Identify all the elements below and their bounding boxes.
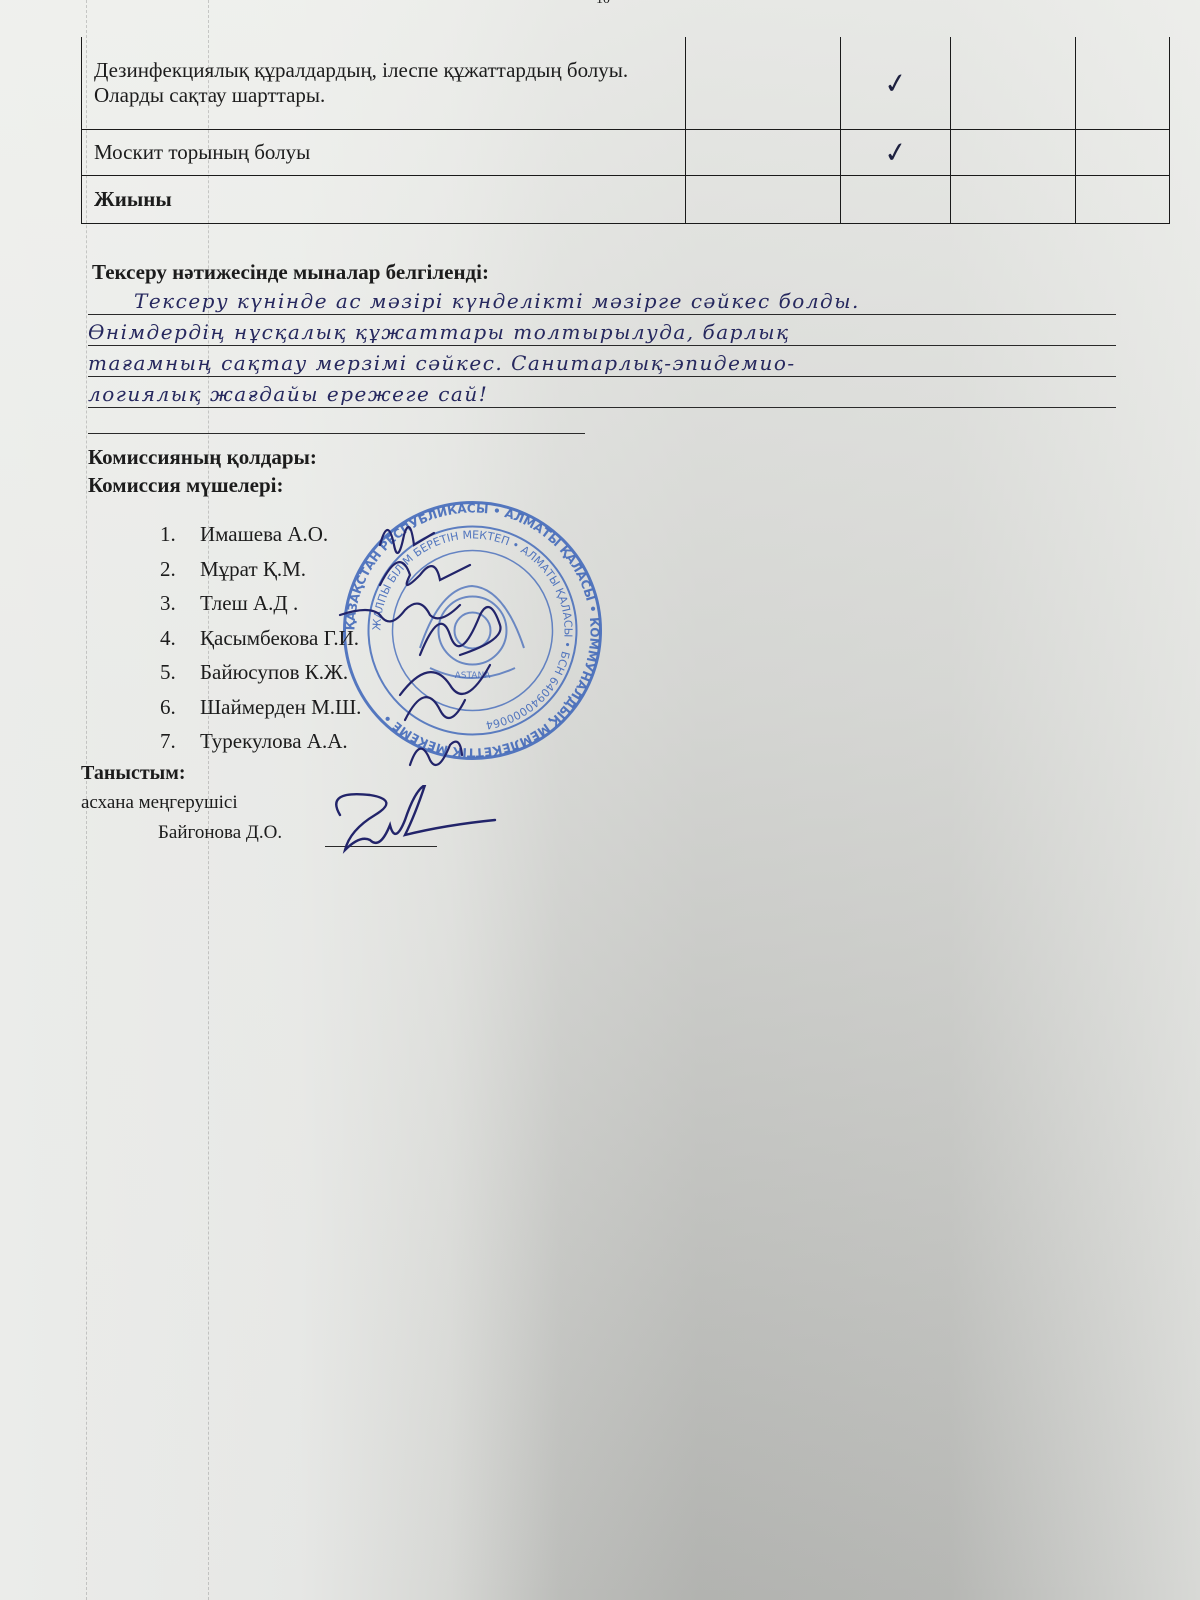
member-name: Имашева А.О.	[200, 522, 328, 557]
table-row: Дезинфекциялық құралдардың, ілеспе құжат…	[82, 37, 1170, 130]
handwritten-line: логиялық жағдайы ережеге сай!	[88, 377, 1116, 408]
ack-name: Байгонова Д.О.	[158, 822, 282, 844]
handwritten-findings: Тексеру күнінде ас мәзірі күнделікті мәз…	[88, 284, 1116, 408]
acknowledged-heading: Таныстым:	[81, 762, 186, 785]
ack-role: асхана меңгерушісі	[81, 792, 238, 814]
mark-cell: ✓	[841, 130, 951, 176]
row-label: Москит торының болуы	[82, 130, 686, 176]
table-row-total: Жиыны	[82, 176, 1170, 224]
checkmark-icon: ✓	[882, 65, 910, 101]
mark-cell	[1075, 130, 1169, 176]
checkmark-icon: ✓	[882, 135, 910, 171]
findings-heading: Тексеру нәтижесінде мыналар белгіленді:	[92, 260, 489, 285]
handwritten-line: Тексеру күнінде ас мәзірі күнделікті мәз…	[88, 284, 1116, 315]
row-label: Жиыны	[82, 176, 686, 224]
mark-cell	[686, 176, 841, 224]
mark-cell	[951, 176, 1075, 224]
divider	[88, 433, 585, 434]
mark-cell	[841, 176, 951, 224]
mark-cell	[951, 130, 1075, 176]
mark-cell	[686, 37, 841, 130]
members-heading: Комиссия мүшелері:	[88, 473, 284, 498]
handwritten-line: тағамның сақтау мерзімі сәйкес. Санитарл…	[88, 346, 1116, 377]
ack-signature	[320, 785, 500, 860]
member-name: Мұрат Қ.М.	[200, 557, 306, 592]
mark-cell	[1075, 176, 1169, 224]
handwritten-line: Өнімдердің нұсқалық құжаттары толтырылуд…	[88, 315, 1116, 346]
member-name: Байюсупов К.Ж.	[200, 660, 348, 695]
page-number: 10	[596, 0, 610, 8]
row-label: Дезинфекциялық құралдардың, ілеспе құжат…	[82, 37, 686, 130]
signatures-heading: Комиссияның қолдары:	[88, 445, 317, 470]
member-name: Тлеш А.Д .	[200, 591, 298, 626]
member-name: Турекулова А.А.	[200, 729, 348, 764]
mark-cell: ✓	[841, 37, 951, 130]
mark-cell	[1075, 37, 1169, 130]
inspection-table: Дезинфекциялық құралдардың, ілеспе құжат…	[81, 37, 1170, 224]
mark-cell	[951, 37, 1075, 130]
mark-cell	[686, 130, 841, 176]
member-signatures	[330, 505, 590, 775]
table-row: Москит торының болуы ✓	[82, 130, 1170, 176]
